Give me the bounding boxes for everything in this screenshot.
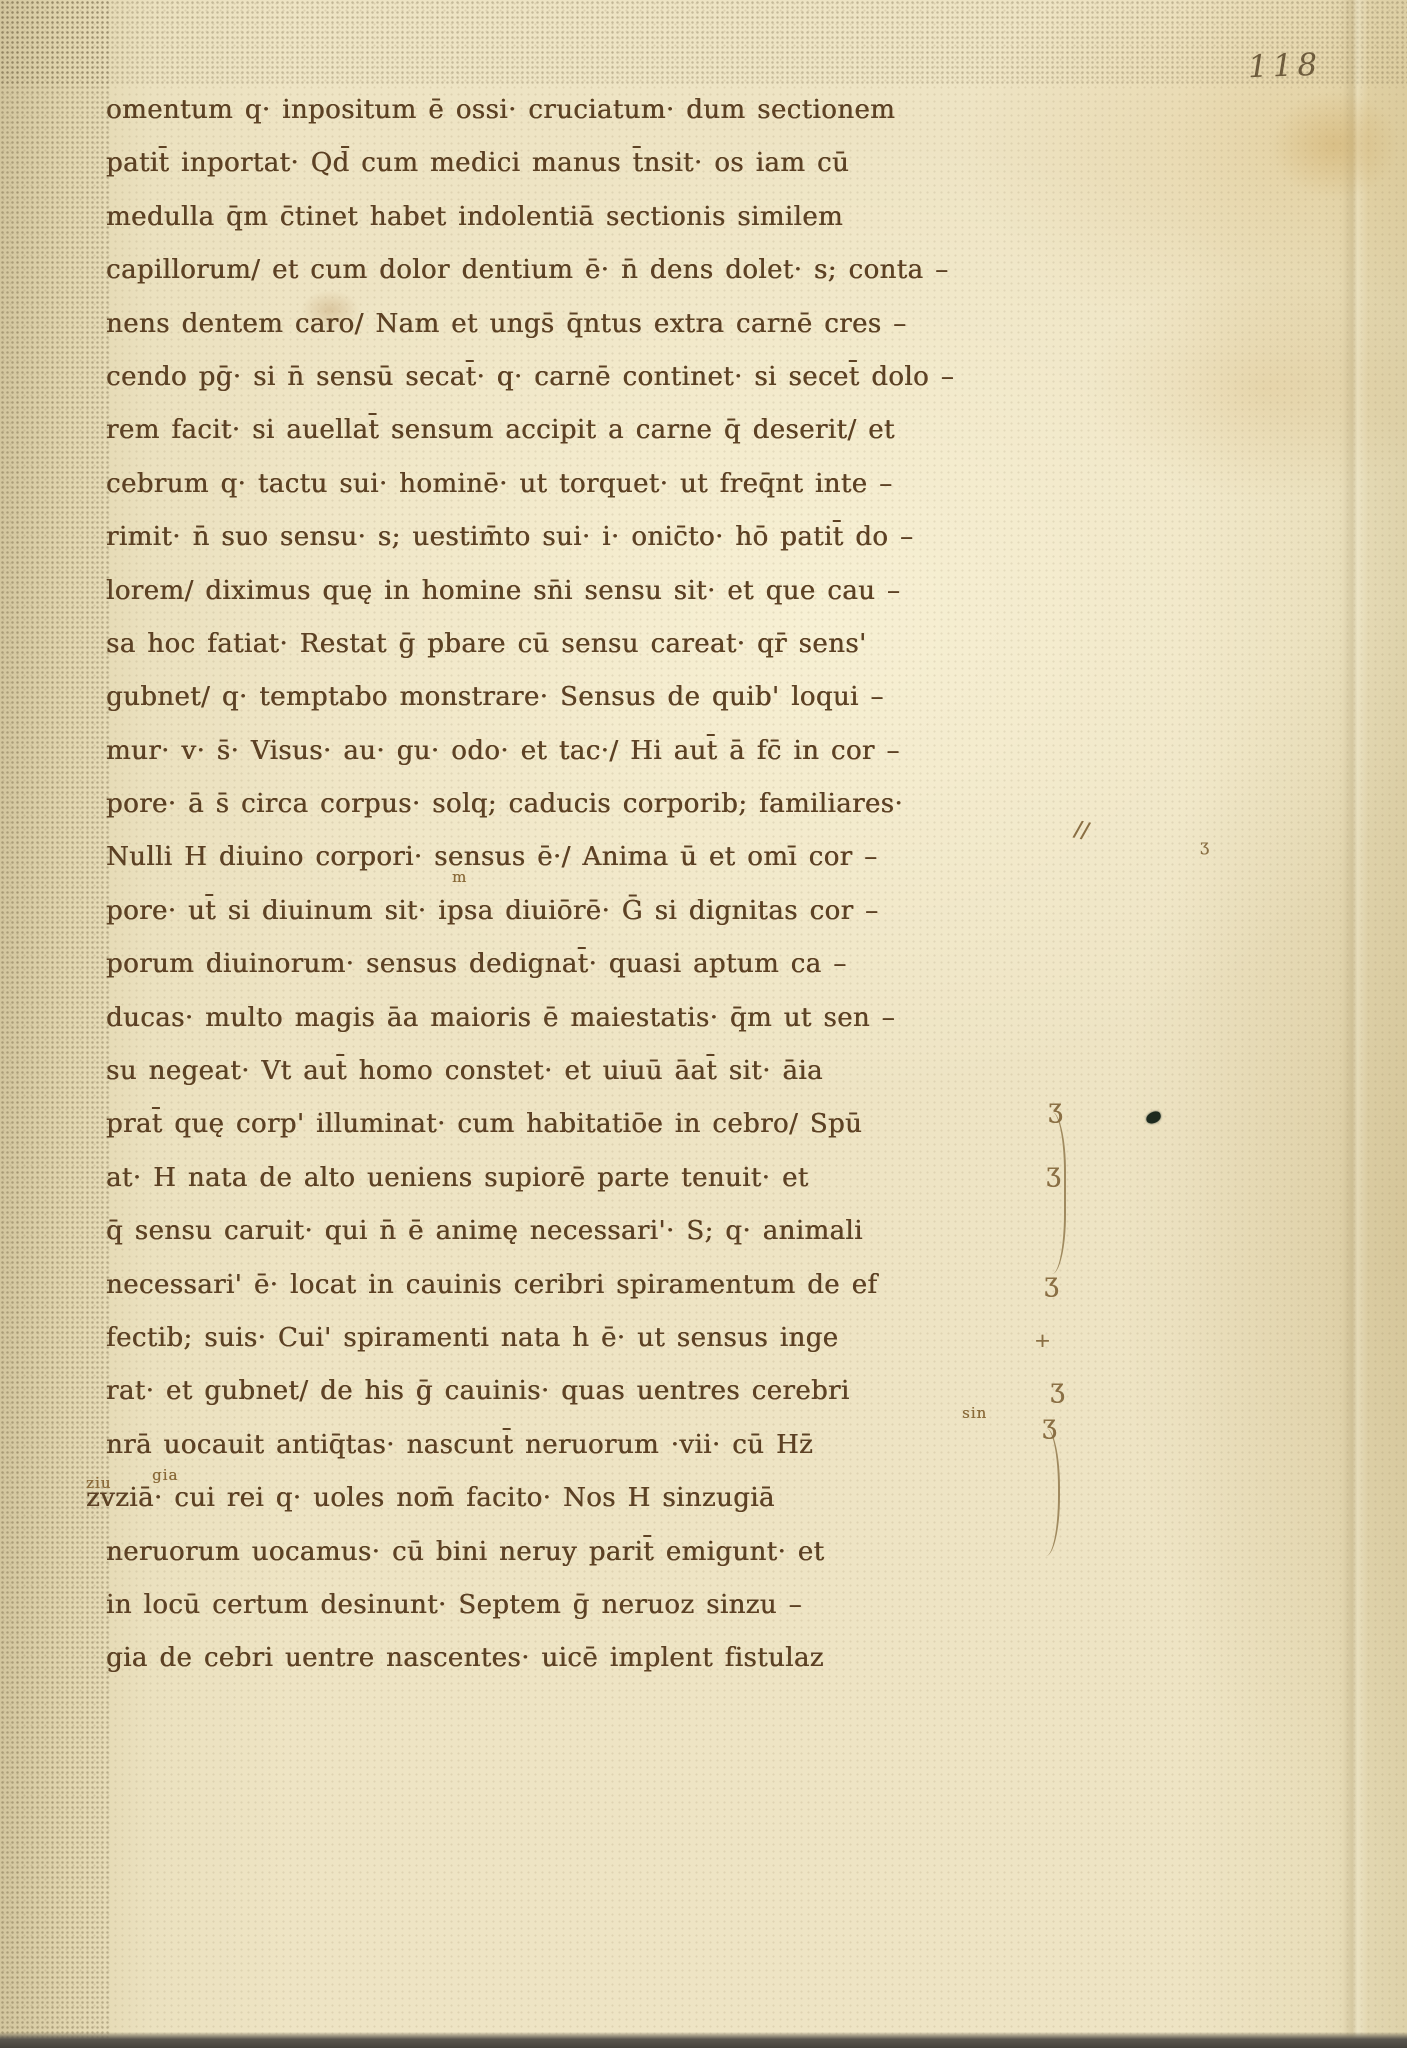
text-line: rimit· n̄ suo sensu· s; uestim̄to sui· i… xyxy=(106,511,916,564)
text-line: ducas· multo magis āa maioris ē maiestat… xyxy=(106,992,916,1045)
text-line: mur· v· s̄· Visus· au· gu· odo· et tac·/… xyxy=(106,725,916,778)
parchment-speckle-top xyxy=(0,0,1407,85)
manuscript-page: 118 omentum q· inpositum ē ossi· cruciat… xyxy=(0,0,1407,2048)
text-line: in locū certum desinunt· Septem ḡ neruoz… xyxy=(106,1579,916,1632)
margin-mark: ʒ xyxy=(1200,838,1209,854)
text-line: gubnet/ q· temptabo monstrare· Sensus de… xyxy=(106,671,916,724)
parchment-stain xyxy=(1270,90,1400,200)
page-bottom-edge xyxy=(0,2032,1407,2048)
margin-mark: ʒ xyxy=(1050,1376,1065,1402)
text-line: cebrum q· tactu sui· hominē· ut torquet·… xyxy=(106,458,916,511)
margin-bracket xyxy=(1042,1428,1060,1556)
text-line: rem facit· si auellat̄ sensum accipit a … xyxy=(106,404,916,457)
text-line: zvziā· cui rei q· uoles nom̄ facito· Nos… xyxy=(86,1472,916,1525)
margin-mark: + xyxy=(1034,1330,1051,1350)
text-line: pore· ut̄ si diuinum sit· ipsa diuiōrē· … xyxy=(106,885,916,938)
text-line: omentum q· inpositum ē ossi· cruciatum· … xyxy=(106,84,916,137)
text-line: nrā uocauit antiq̄tas· nascunt̄ neruorum… xyxy=(106,1419,916,1472)
parchment-crease xyxy=(1342,0,1368,2048)
interlinear-gloss: m xyxy=(452,868,467,886)
text-line: necessari' ē· locat in cauinis ceribri s… xyxy=(106,1259,916,1312)
interlinear-gloss: gia xyxy=(152,1466,178,1484)
text-line: q̄ sensu caruit· qui n̄ ē animę necessar… xyxy=(106,1205,916,1258)
text-line: at· H nata de alto ueniens supiorē parte… xyxy=(106,1152,916,1205)
text-line: pore· ā s̄ circa corpus· solq; caducis c… xyxy=(106,778,916,831)
text-line: porum diuinorum· sensus dedignat̄· quasi… xyxy=(106,938,916,991)
text-line: lorem/ diximus quę in homine sn̄i sensu … xyxy=(106,565,916,618)
ink-blot xyxy=(1145,1110,1163,1125)
text-line: fectib; suis· Cui' spiramenti nata h ē· … xyxy=(106,1312,916,1365)
text-line: capillorum/ et cum dolor dentium ē· n̄ d… xyxy=(106,244,916,297)
text-line: Nulli H diuino corpori· sensus ē·/ Anima… xyxy=(106,831,916,884)
interlinear-gloss: sin xyxy=(962,1404,987,1422)
text-line: su negeat· Vt aut̄ homo constet· et uiuū… xyxy=(106,1045,916,1098)
text-line: prat̄ quę corp' illuminat· cum habitatiō… xyxy=(106,1098,916,1151)
parchment-speckle-left xyxy=(0,0,110,2048)
margin-bracket xyxy=(1048,1112,1066,1274)
interlinear-gloss: ziu xyxy=(86,1474,111,1492)
text-line: medulla q̄m c̄tinet habet indolentiā sec… xyxy=(106,191,916,244)
text-block: omentum q· inpositum ē ossi· cruciatum· … xyxy=(106,84,916,1686)
margin-mark: ∕∕ xyxy=(1072,819,1091,844)
text-line: rat· et gubnet/ de his ḡ cauinis· quas u… xyxy=(106,1365,916,1418)
text-line: neruorum uocamus· cū bini neruy parit̄ e… xyxy=(106,1526,916,1579)
text-line: sa hoc fatiat· Restat ḡ pbare cū sensu c… xyxy=(106,618,916,671)
text-line: nens dentem caro/ Nam et ungs̄ q̄ntus ex… xyxy=(106,298,916,351)
text-line: gia de cebri uentre nascentes· uicē impl… xyxy=(106,1632,916,1685)
text-line: cendo pḡ· si n̄ sensū secat̄· q· carnē c… xyxy=(106,351,916,404)
text-line: patit̄ inportat· Qd̄ cum medici manus t̄… xyxy=(106,137,916,190)
folio-number: 118 xyxy=(1247,47,1322,86)
